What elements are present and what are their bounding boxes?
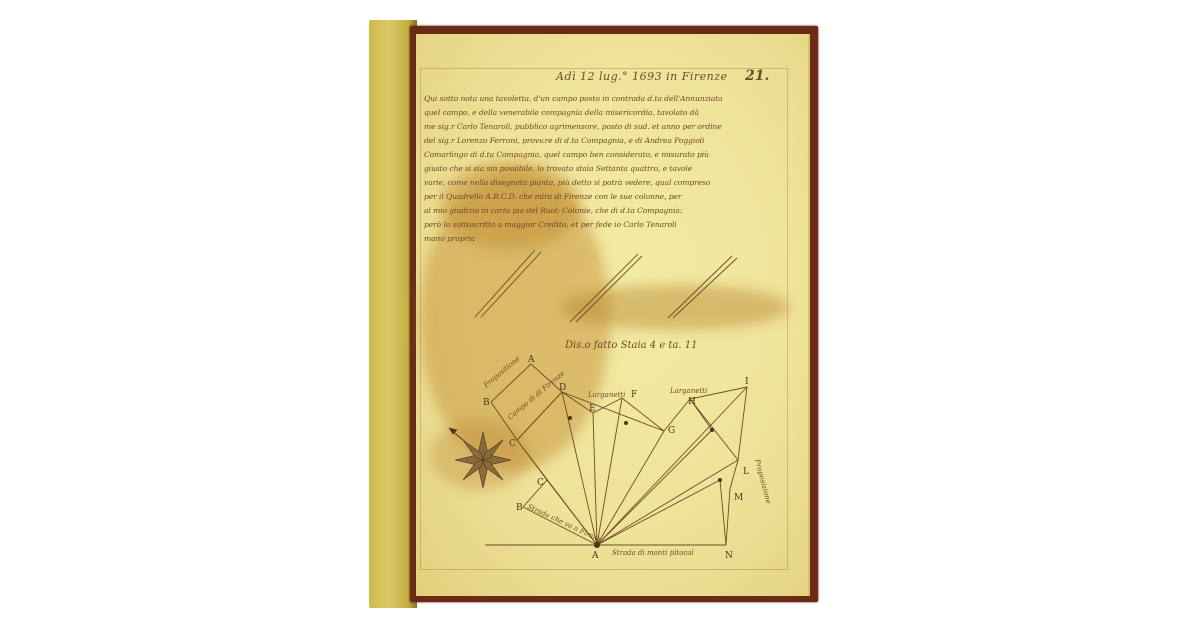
vertex-label: C (537, 478, 544, 488)
annotation: Strada che va a Firenze (526, 503, 606, 546)
vertex-label: A (591, 551, 599, 561)
annotation: Strada di monti pitocal (612, 549, 694, 557)
vertex-label: B (516, 503, 523, 513)
survey-diagram: A B C D E F G H I L M N A B C Propositio… (0, 0, 1200, 628)
annotation: Larganetti (587, 391, 625, 399)
annotation: Campo di di Firenze (506, 369, 566, 421)
vertex-label: I (745, 377, 749, 387)
vertex-label: C (509, 439, 516, 449)
vertex-label: B (483, 398, 490, 408)
vertex-label: L (743, 467, 749, 477)
vertex-label: N (725, 551, 733, 561)
manuscript-book: Adì 12 lug.° 1693 in Firenze 21. Qui sot… (0, 0, 1200, 628)
vertex-label: G (668, 426, 675, 436)
vertex-label: D (559, 383, 566, 393)
vertex-label: A (527, 355, 535, 365)
compass-rose-icon (449, 428, 511, 488)
vertex-label: H (688, 397, 696, 407)
vertex-label: E (589, 404, 596, 414)
annotation: Proposizione (753, 457, 773, 504)
annotation: Propositione (481, 355, 521, 391)
vertex-label: F (631, 390, 637, 400)
annotation: Larganetti (669, 387, 707, 395)
vertex-label: M (734, 493, 743, 503)
